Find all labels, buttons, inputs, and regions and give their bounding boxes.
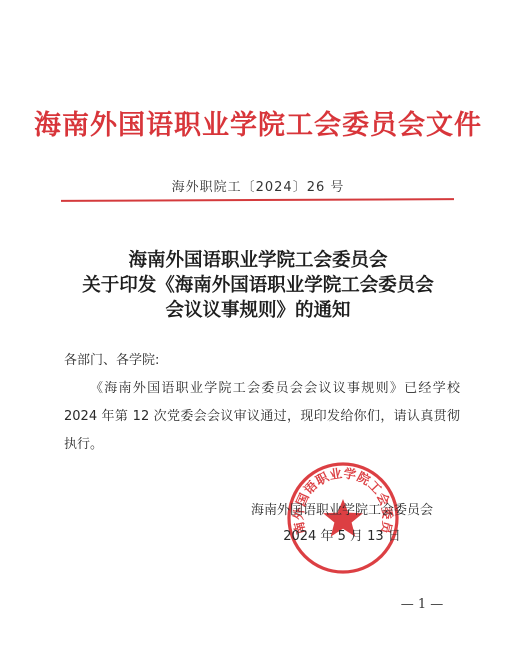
body-paragraph: 《海南外国语职业学院工会委员会会议议事规则》已经学校2024 年第 12 次党委… <box>64 375 460 459</box>
red-divider-line <box>61 198 454 202</box>
document-number: 海外职院工〔2024〕26 号 <box>0 176 516 195</box>
signature-date: 2024 年 5 月 13 日 <box>232 524 452 550</box>
signature-organization: 海南外国语职业学院工会委员会 <box>232 498 452 524</box>
notice-title-line-3: 会议议事规则》的通知 <box>0 298 516 323</box>
page-number: — 1 — <box>392 597 452 612</box>
signature-block: 海南外国语职业学院工会委员会 2024 年 5 月 13 日 <box>232 498 452 550</box>
org-header-title: 海南外国语职业学院工会委员会文件 <box>0 103 516 142</box>
salutation: 各部门、各学院: <box>64 347 460 375</box>
notice-title-line-1: 海南外国语职业学院工会委员会 <box>0 248 516 273</box>
notice-title: 海南外国语职业学院工会委员会 关于印发《海南外国语职业学院工会委员会 会议议事规… <box>0 248 516 323</box>
notice-body: 各部门、各学院: 《海南外国语职业学院工会委员会会议议事规则》已经学校2024 … <box>64 347 460 459</box>
notice-title-line-2: 关于印发《海南外国语职业学院工会委员会 <box>0 273 516 298</box>
